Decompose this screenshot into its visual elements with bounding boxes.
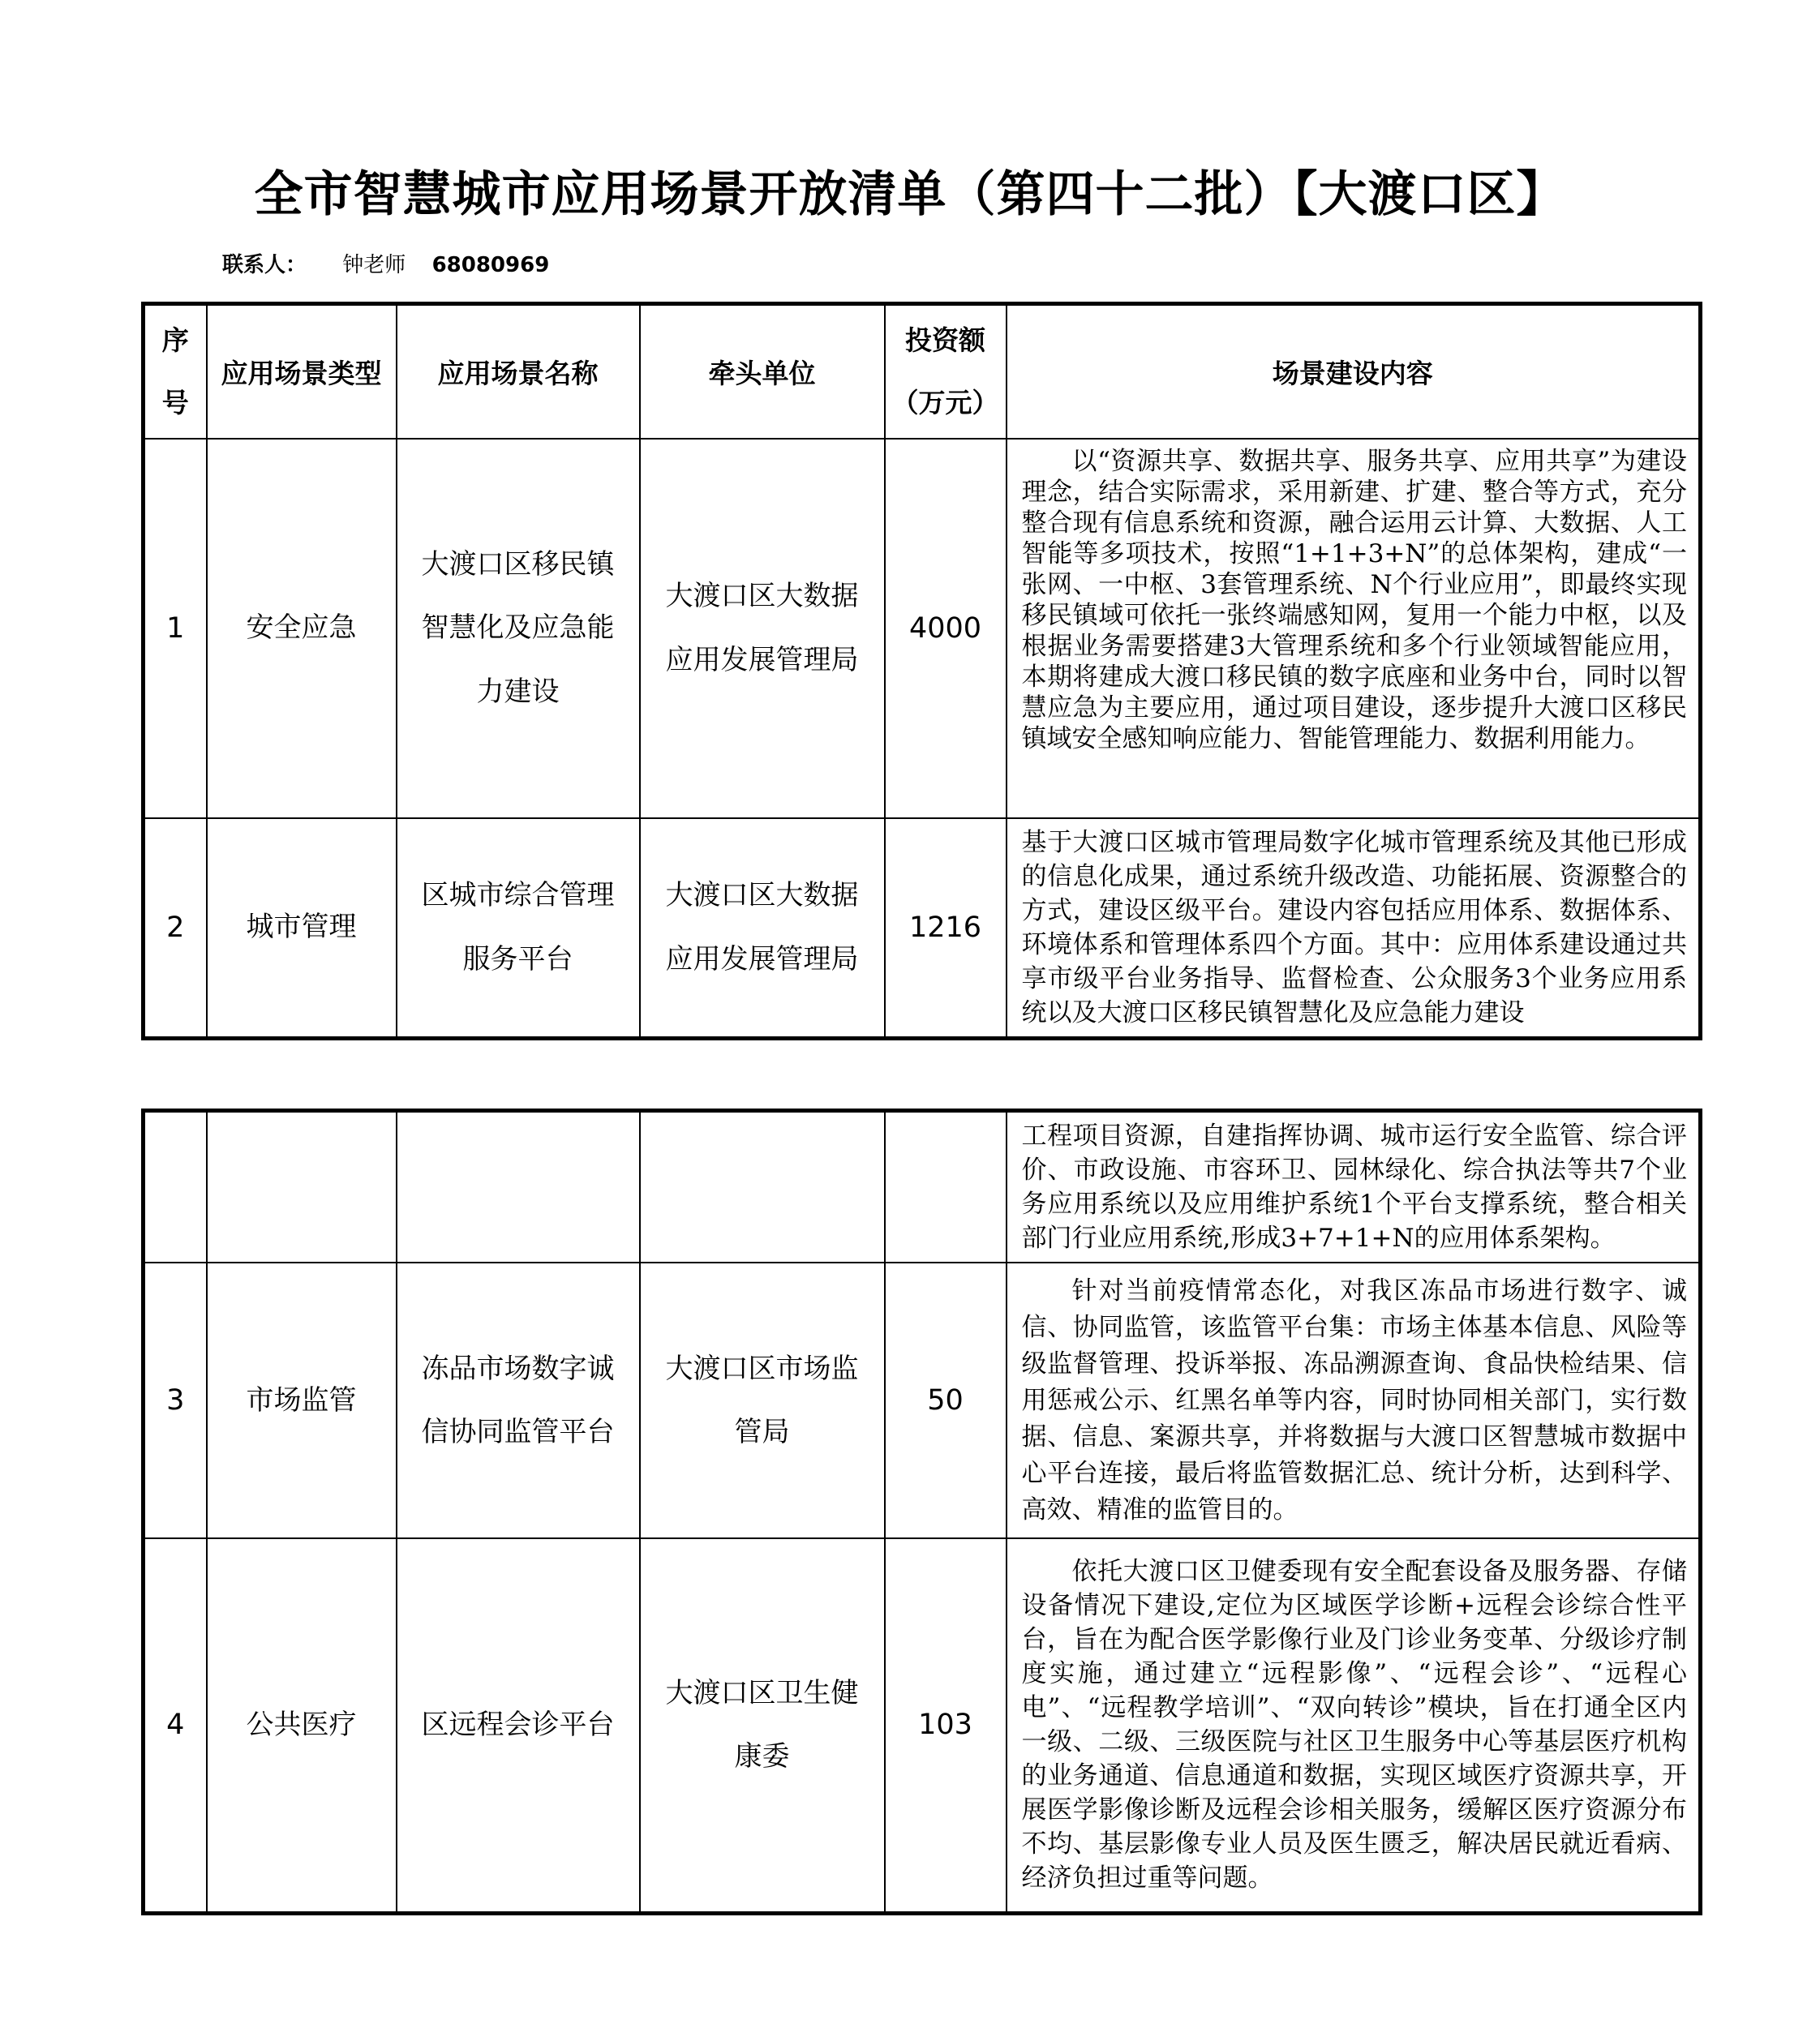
scenario-name-cell: 区远程会诊平台 [397,1538,640,1913]
content-cell: 依托大渡口区卫健委现有安全配套设备及服务器、存储设备情况下建设,定位为区域医学诊… [1007,1538,1701,1913]
table-row: 1 安全应急 大渡口区移民镇智慧化及应急能力建设 大渡口区大数据应用发展管理局 … [144,439,1701,818]
header-no-line1: 序 [145,309,206,372]
table-row: 4 公共医疗 区远程会诊平台 大渡口区卫生健康委 103 依托大渡口区卫健委现有… [144,1538,1701,1913]
scenario-name-cell: 区城市综合管理服务平台 [397,818,640,1039]
scenario-name-cell-empty [397,1111,640,1263]
contact-name: 钟老师 [342,253,406,277]
table-row: 3 市场监管 冻品市场数字诚信协同监管平台 大渡口区市场监管局 50 针对当前疫… [144,1263,1701,1538]
content-cell: 针对当前疫情常态化，对我区冻品市场进行数字、诚信、协同监管，该监管平台集：市场主… [1007,1263,1701,1538]
header-cell-name: 应用场景名称 [397,304,640,439]
header-cell-amount: 投资额 （万元） [885,304,1007,439]
scenario-type-cell: 安全应急 [207,439,397,818]
row-number-cell: 4 [144,1538,207,1913]
header-amount-line1: 投资额 [886,309,1006,372]
scenario-table: 序 号 应用场景类型 应用场景名称 牵头单位 投资额 （万元） 场景建设内容 1… [141,302,1702,1040]
continuation-row: 工程项目资源，自建指挥协调、城市运行安全监管、综合评价、市政设施、市容环卫、园林… [144,1111,1701,1263]
lead-unit-cell: 大渡口区大数据应用发展管理局 [640,818,885,1039]
investment-cell: 1216 [885,818,1007,1039]
header-cell-type: 应用场景类型 [207,304,397,439]
scenario-table-continuation: 工程项目资源，自建指挥协调、城市运行安全监管、综合评价、市政设施、市容环卫、园林… [141,1109,1702,1915]
scenario-name-cell: 大渡口区移民镇智慧化及应急能力建设 [397,439,640,818]
lead-unit-cell: 大渡口区卫生健康委 [640,1538,885,1913]
header-cell-content: 场景建设内容 [1007,304,1701,439]
scenario-type-cell: 公共医疗 [207,1538,397,1913]
scenario-type-cell: 市场监管 [207,1263,397,1538]
header-row: 序 号 应用场景类型 应用场景名称 牵头单位 投资额 （万元） 场景建设内容 [144,304,1701,439]
table-row: 2 城市管理 区城市综合管理服务平台 大渡口区大数据应用发展管理局 1216 基… [144,818,1701,1039]
header-cell-no: 序 号 [144,304,207,439]
investment-cell-empty [885,1111,1007,1263]
investment-cell: 4000 [885,439,1007,818]
row-number-cell: 3 [144,1263,207,1538]
content-continuation-cell: 工程项目资源，自建指挥协调、城市运行安全监管、综合评价、市政设施、市容环卫、园林… [1007,1111,1701,1263]
header-no-line2: 号 [145,371,206,435]
header-amount-line2: （万元） [886,371,1006,435]
lead-unit-cell-empty [640,1111,885,1263]
contact-phone: 68080969 [432,253,550,277]
lead-unit-cell: 大渡口区大数据应用发展管理局 [640,439,885,818]
document-page: 全市智慧城市应用场景开放清单（第四十二批）【大渡口区】 联系人： 钟老师 680… [0,0,1820,2037]
investment-cell: 103 [885,1538,1007,1913]
scenario-name-cell: 冻品市场数字诚信协同监管平台 [397,1263,640,1538]
investment-cell: 50 [885,1263,1007,1538]
content-cell: 以“资源共享、数据共享、服务共享、应用共享”为建设理念，结合实际需求，采用新建、… [1007,439,1701,818]
lead-unit-cell: 大渡口区市场监管局 [640,1263,885,1538]
row-number-cell: 1 [144,439,207,818]
header-cell-unit: 牵头单位 [640,304,885,439]
contact-line: 联系人： 钟老师 68080969 [222,248,549,278]
row-number-cell-empty [144,1111,207,1263]
scenario-type-cell-empty [207,1111,397,1263]
row-number-cell: 2 [144,818,207,1039]
contact-label: 联系人： [222,253,307,277]
page-title: 全市智慧城市应用场景开放清单（第四十二批）【大渡口区】 [0,156,1820,225]
scenario-type-cell: 城市管理 [207,818,397,1039]
content-cell: 基于大渡口区城市管理局数字化城市管理系统及其他已形成的信息化成果，通过系统升级改… [1007,818,1701,1039]
